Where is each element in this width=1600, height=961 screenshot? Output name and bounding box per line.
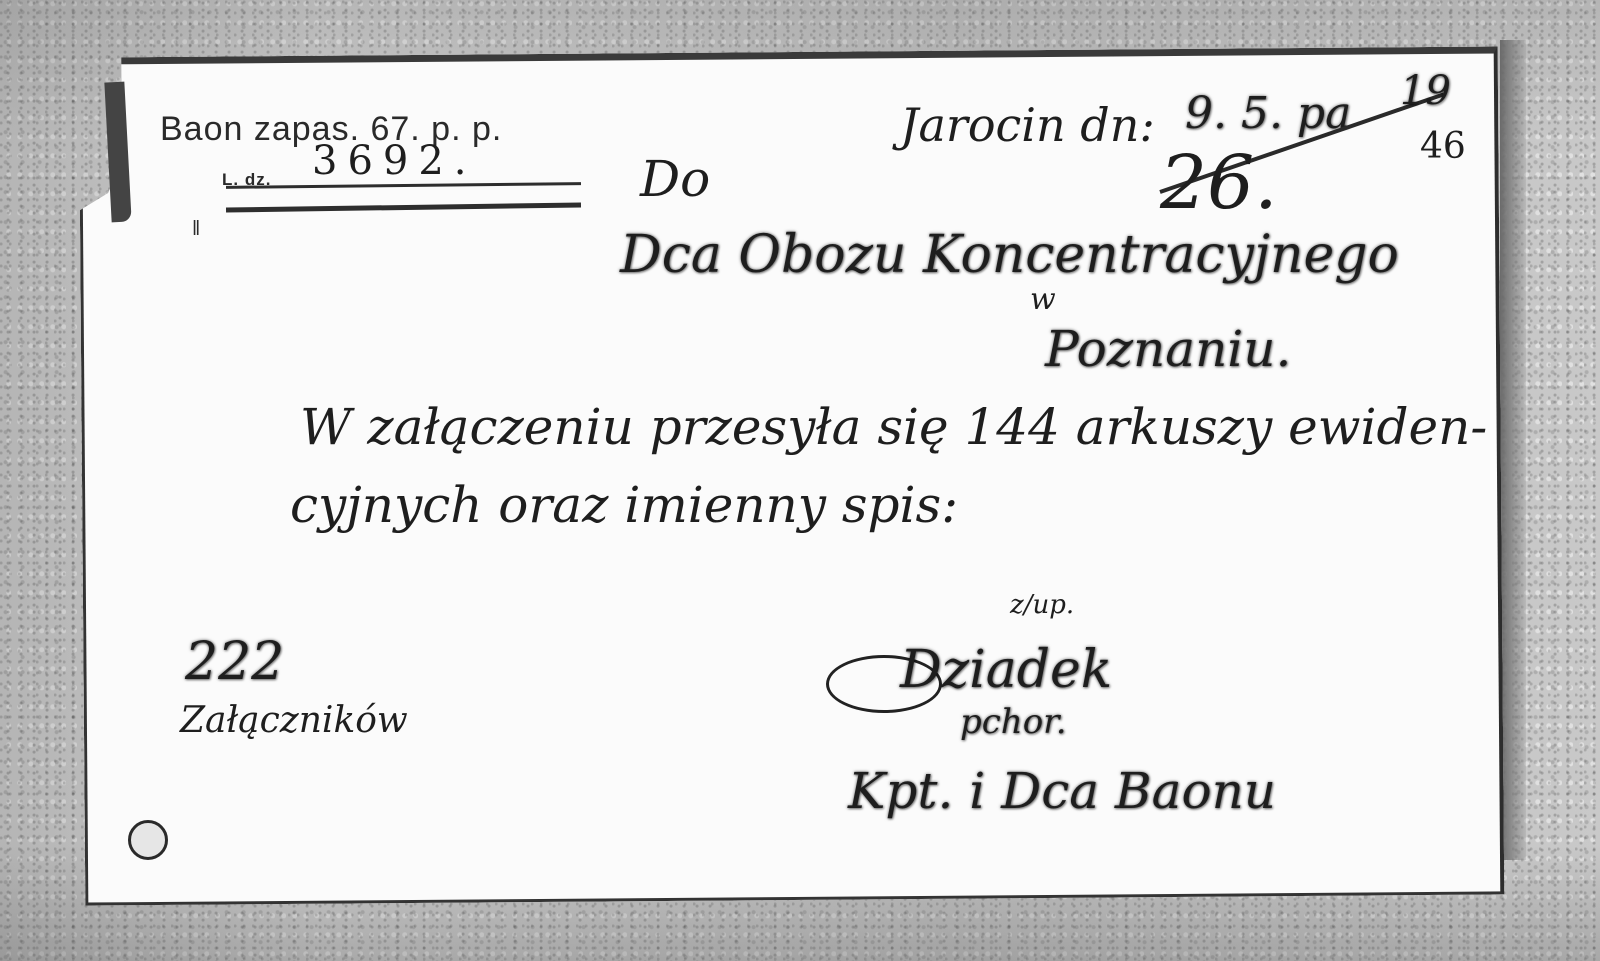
enclosure-label: Załączników	[180, 700, 408, 741]
signature-preface: z/up.	[1010, 590, 1074, 620]
dateline-place: Jarocin dn:	[900, 98, 1155, 152]
ref-number: 3692.	[312, 138, 477, 184]
addressee-line2-prefix: w	[1030, 282, 1056, 317]
margin-tick-mark: ‖	[192, 218, 201, 241]
signature-name: Dziadek	[900, 640, 1112, 700]
signature-title-abbrev: pchor.	[960, 702, 1067, 742]
body-line-1: W załączeniu przesyła się 144 arkuszy ew…	[300, 398, 1487, 456]
card-edge-shadow	[1500, 40, 1526, 860]
addressee-line2: Poznaniu.	[1045, 320, 1291, 378]
signature-closing: Kpt. i Dca Baonu	[848, 762, 1276, 820]
dateline-date-overwrite: 26.	[1160, 140, 1278, 226]
dateline-year: 46	[1420, 126, 1466, 167]
addressee-line1: Dca Obozu Koncentracyjnego	[620, 225, 1399, 285]
dateline-year-struck: 19	[1400, 68, 1451, 114]
enclosure-count-smudged: 222	[185, 632, 284, 692]
body-line-2: cyjnych oraz imienny spis:	[290, 476, 958, 534]
addressee-prefix: Do	[640, 150, 710, 208]
punch-hole-icon	[128, 820, 168, 860]
